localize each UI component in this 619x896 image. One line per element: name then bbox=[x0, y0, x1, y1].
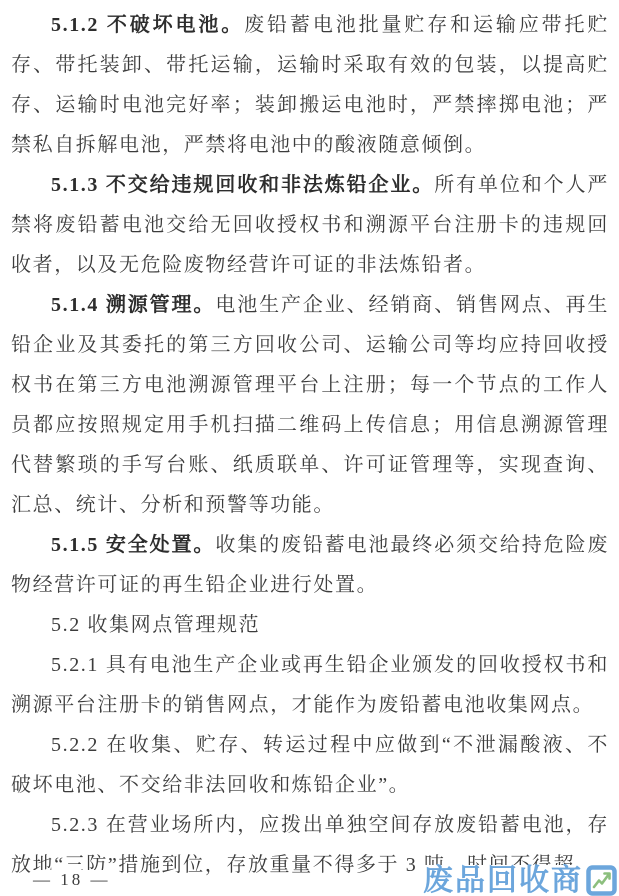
paragraph-513: 5.1.3 不交给违规回收和非法炼铅企业。所有单位和个人严禁将废铅蓄电池交给无回… bbox=[11, 165, 609, 285]
section-title-52: 5.2 收集网点管理规范 bbox=[11, 605, 609, 645]
document-body: 5.1.2 不破坏电池。废铅蓄电池批量贮存和运输应带托贮存、带托装卸、带托运输，… bbox=[11, 5, 609, 885]
paragraph-521: 5.2.1 具有电池生产企业或再生铅企业颁发的回收授权书和溯源平台注册卡的销售网… bbox=[11, 645, 609, 725]
paragraph-514: 5.1.4 溯源管理。电池生产企业、经销商、销售网点、再生铅企业及其委托的第三方… bbox=[11, 285, 609, 525]
paragraph-text-52: 5.2 收集网点管理规范 bbox=[51, 614, 260, 636]
paragraph-text-522: 5.2.2 在收集、贮存、转运过程中应做到“不泄漏酸液、不破坏电池、不交给非法回… bbox=[11, 734, 609, 796]
document-page: 5.1.2 不破坏电池。废铅蓄电池批量贮存和运输应带托贮存、带托装卸、带托运输，… bbox=[0, 0, 619, 896]
paragraph-522: 5.2.2 在收集、贮存、转运过程中应做到“不泄漏酸液、不破坏电池、不交给非法回… bbox=[11, 725, 609, 805]
section-heading-515: 5.1.5 安全处置。 bbox=[51, 534, 215, 556]
section-heading-514: 5.1.4 溯源管理。 bbox=[51, 294, 215, 316]
page-number: — 18 — bbox=[33, 870, 111, 890]
paragraph-515: 5.1.5 安全处置。收集的废铅蓄电池最终必须交给持危险废物经营许可证的再生铅企… bbox=[11, 525, 609, 605]
paragraph-text-514: 电池生产企业、经销商、销售网点、再生铅企业及其委托的第三方回收公司、运输公司等均… bbox=[11, 294, 609, 516]
section-heading-513: 5.1.3 不交给违规回收和非法炼铅企业。 bbox=[51, 174, 434, 196]
paragraph-512: 5.1.2 不破坏电池。废铅蓄电池批量贮存和运输应带托贮存、带托装卸、带托运输，… bbox=[11, 5, 609, 165]
paragraph-text-521: 5.2.1 具有电池生产企业或再生铅企业颁发的回收授权书和溯源平台注册卡的销售网… bbox=[11, 654, 609, 716]
watermark: 废品回收商 bbox=[419, 865, 617, 896]
section-heading-512: 5.1.2 不破坏电池。 bbox=[51, 14, 244, 36]
trend-chart-icon bbox=[586, 865, 617, 896]
watermark-text: 废品回收商 bbox=[423, 866, 583, 896]
